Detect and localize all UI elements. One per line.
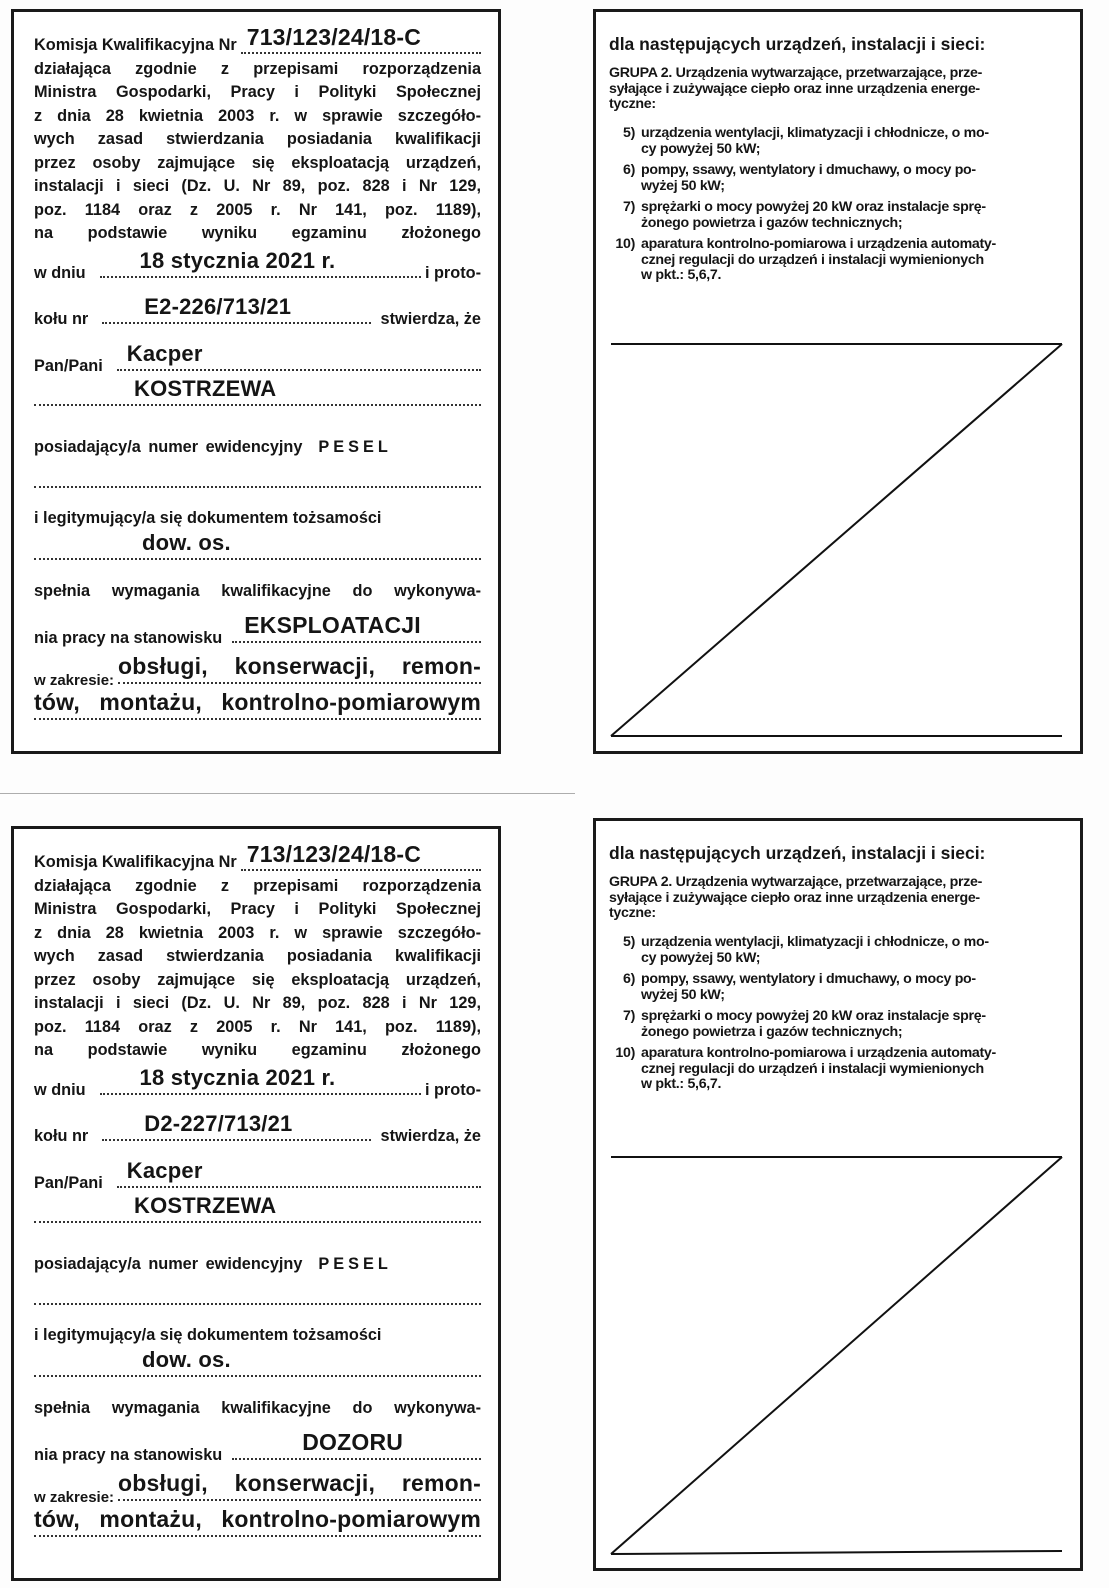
scope-value-line2: tów, montażu, kontrolno-pomiarowym (34, 689, 481, 716)
commission-label: Komisja Kwalifikacyjna Nr (34, 34, 237, 58)
certificate-1-back: dla następujących urządzeń, instalacji i… (593, 9, 1083, 754)
document-value: dow. os. (142, 1347, 231, 1373)
requirements-text: spełnia wymagania kwalifikacyjne do wyko… (34, 1399, 481, 1418)
commission-number: 713/123/24/18-C (247, 843, 421, 867)
scope-row: w zakresie: obsługi, konserwacji, remon- (34, 672, 481, 689)
id-row: posiadający/a numer ewidencyjny PESEL (34, 1255, 481, 1274)
exam-date: 18 stycznia 2021 r. (140, 1065, 336, 1091)
person-label: Pan/Pani (34, 1174, 103, 1193)
protocol-suffix: stwierdza, że (381, 1127, 481, 1146)
id-label: posiadający/a numer ewidencyjny (34, 1255, 302, 1274)
paragraph-line: poz. 1184 oraz z 2005 r. Nr 141, poz. 11… (34, 1016, 481, 1040)
paragraph-line: instalacji i sieci (Dz. U. Nr 89, poz. 8… (34, 175, 481, 199)
document-value: dow. os. (142, 530, 231, 556)
protocol-row: kołu nr D2-227/713/21 stwierdza, że (34, 1127, 481, 1146)
protocol-suffix: stwierdza, że (381, 310, 481, 329)
scope-value-line1: obsługi, konserwacji, remon- (118, 1470, 481, 1497)
last-name-row: KOSTRZEWA (34, 402, 481, 411)
page-fold-line (0, 793, 575, 794)
protocol-row: kołu nr E2-226/713/21 stwierdza, że (34, 310, 481, 329)
date-suffix: i proto- (425, 1081, 481, 1100)
commission-row: Komisja Kwalifikacyjna Nr 713/123/24/18-… (34, 851, 481, 875)
id-type: PESEL (318, 1255, 391, 1274)
document-label-row: i legitymujący/a się dokumentem tożsamoś… (34, 1326, 481, 1345)
last-name-field: KOSTRZEWA (34, 402, 481, 406)
paragraph-line: przez osoby zajmujące się eksploatacją u… (34, 152, 481, 176)
position-value: DOZORU (302, 1429, 403, 1456)
exam-date-row: w dniu 18 stycznia 2021 r. i proto- (34, 1081, 481, 1100)
protocol-number: D2-227/713/21 (144, 1111, 292, 1137)
first-name-field: Kacper (117, 1184, 481, 1188)
scope-value-line2: tów, montażu, kontrolno-pomiarowym (34, 1506, 481, 1533)
first-name: Kacper (127, 1158, 203, 1184)
position-label: nia pracy na stanowisku (34, 629, 222, 648)
scope-field: obsługi, konserwacji, remon- (118, 1497, 481, 1501)
document-value-row: dow. os. (34, 556, 481, 565)
intro-paragraph: Komisja Kwalifikacyjna Nr 713/123/24/18-… (34, 34, 481, 246)
last-name: KOSTRZEWA (134, 376, 276, 402)
protocol-label: kołu nr (34, 310, 88, 329)
certificate-2-front: Komisja Kwalifikacyjna Nr 713/123/24/18-… (11, 826, 501, 1581)
last-name: KOSTRZEWA (134, 1193, 276, 1219)
date-label: w dniu (34, 264, 86, 283)
protocol-number: E2-226/713/21 (144, 294, 291, 320)
commission-row: Komisja Kwalifikacyjna Nr 713/123/24/18-… (34, 34, 481, 58)
position-label: nia pracy na stanowisku (34, 1446, 222, 1465)
last-name-field: KOSTRZEWA (34, 1219, 481, 1223)
id-value-row (34, 484, 481, 493)
id-value-row (34, 1301, 481, 1310)
scope-field-2: tów, montażu, kontrolno-pomiarowym (34, 1533, 481, 1537)
date-suffix: i proto- (425, 264, 481, 283)
scope-field: obsługi, konserwacji, remon- (118, 680, 481, 684)
certificate-2-back: dla następujących urządzeń, instalacji i… (593, 818, 1083, 1571)
paragraph-line: na podstawie wyniku egzaminu złożonego (34, 1039, 481, 1063)
document-field: dow. os. (34, 556, 481, 560)
commission-no-field: 713/123/24/18-C (241, 50, 481, 54)
id-value-field (34, 1301, 481, 1305)
paragraph-line: działająca zgodnie z przepisami rozporzą… (34, 58, 481, 82)
id-type: PESEL (318, 438, 391, 457)
document-label: i legitymujący/a się dokumentem tożsamoś… (34, 1326, 381, 1345)
document-value-row: dow. os. (34, 1373, 481, 1382)
last-name-row: KOSTRZEWA (34, 1219, 481, 1228)
id-row: posiadający/a numer ewidencyjny PESEL (34, 438, 481, 457)
requirements-row: spełnia wymagania kwalifikacyjne do wyko… (34, 582, 481, 601)
requirements-row: spełnia wymagania kwalifikacyjne do wyko… (34, 1399, 481, 1418)
paragraph-line: wych zasad stwierdzania posiadania kwali… (34, 945, 481, 969)
paragraph-line: z dnia 28 kwietnia 2003 r. w sprawie szc… (34, 922, 481, 946)
paragraph-line: poz. 1184 oraz z 2005 r. Nr 141, poz. 11… (34, 199, 481, 223)
requirements-text: spełnia wymagania kwalifikacyjne do wyko… (34, 582, 481, 601)
document-label: i legitymujący/a się dokumentem tożsamoś… (34, 509, 381, 528)
paragraph-line: wych zasad stwierdzania posiadania kwali… (34, 128, 481, 152)
date-field: 18 stycznia 2021 r. (100, 1091, 421, 1095)
scope-row-2: tów, montażu, kontrolno-pomiarowym (34, 716, 481, 725)
position-field: EKSPLOATACJI (232, 639, 481, 643)
paragraph-line: instalacji i sieci (Dz. U. Nr 89, poz. 8… (34, 992, 481, 1016)
protocol-field: D2-227/713/21 (102, 1137, 370, 1141)
paragraph-line: przez osoby zajmujące się eksploatacją u… (34, 969, 481, 993)
first-name-field: Kacper (117, 367, 481, 371)
paragraph-line: Ministra Gospodarki, Pracy i Polityki Sp… (34, 81, 481, 105)
paragraph-line: Ministra Gospodarki, Pracy i Polityki Sp… (34, 898, 481, 922)
certificate-1-front: Komisja Kwalifikacyjna Nr 713/123/24/18-… (11, 9, 501, 754)
scope-field-2: tów, montażu, kontrolno-pomiarowym (34, 716, 481, 720)
id-label: posiadający/a numer ewidencyjny (34, 438, 302, 457)
exam-date-row: w dniu 18 stycznia 2021 r. i proto- (34, 264, 481, 283)
commission-label: Komisja Kwalifikacyjna Nr (34, 851, 237, 875)
protocol-field: E2-226/713/21 (102, 320, 370, 324)
protocol-label: kołu nr (34, 1127, 88, 1146)
first-name: Kacper (127, 341, 203, 367)
commission-no-field: 713/123/24/18-C (241, 867, 481, 871)
person-row: Pan/Pani Kacper (34, 357, 481, 376)
paragraph-line: na podstawie wyniku egzaminu złożonego (34, 222, 481, 246)
position-row: nia pracy na stanowisku EKSPLOATACJI (34, 629, 481, 648)
person-label: Pan/Pani (34, 357, 103, 376)
paragraph-line: z dnia 28 kwietnia 2003 r. w sprawie szc… (34, 105, 481, 129)
scope-row-2: tów, montażu, kontrolno-pomiarowym (34, 1533, 481, 1542)
date-label: w dniu (34, 1081, 86, 1100)
scope-label: w zakresie: (34, 672, 114, 689)
position-value: EKSPLOATACJI (244, 612, 421, 639)
z-strikeout-mark (596, 821, 1080, 1568)
position-field: DOZORU (232, 1456, 481, 1460)
exam-date: 18 stycznia 2021 r. (140, 248, 336, 274)
person-row: Pan/Pani Kacper (34, 1174, 481, 1193)
z-strikeout-mark (596, 12, 1080, 751)
scope-value-line1: obsługi, konserwacji, remon- (118, 653, 481, 680)
position-row: nia pracy na stanowisku DOZORU (34, 1446, 481, 1465)
scope-label: w zakresie: (34, 1489, 114, 1506)
scope-row: w zakresie: obsługi, konserwacji, remon- (34, 1489, 481, 1506)
paragraph-line: działająca zgodnie z przepisami rozporzą… (34, 875, 481, 899)
commission-number: 713/123/24/18-C (247, 26, 421, 50)
document-label-row: i legitymujący/a się dokumentem tożsamoś… (34, 509, 481, 528)
date-field: 18 stycznia 2021 r. (100, 274, 421, 278)
intro-paragraph: Komisja Kwalifikacyjna Nr 713/123/24/18-… (34, 851, 481, 1063)
id-value-field (34, 484, 481, 488)
document-field: dow. os. (34, 1373, 481, 1377)
